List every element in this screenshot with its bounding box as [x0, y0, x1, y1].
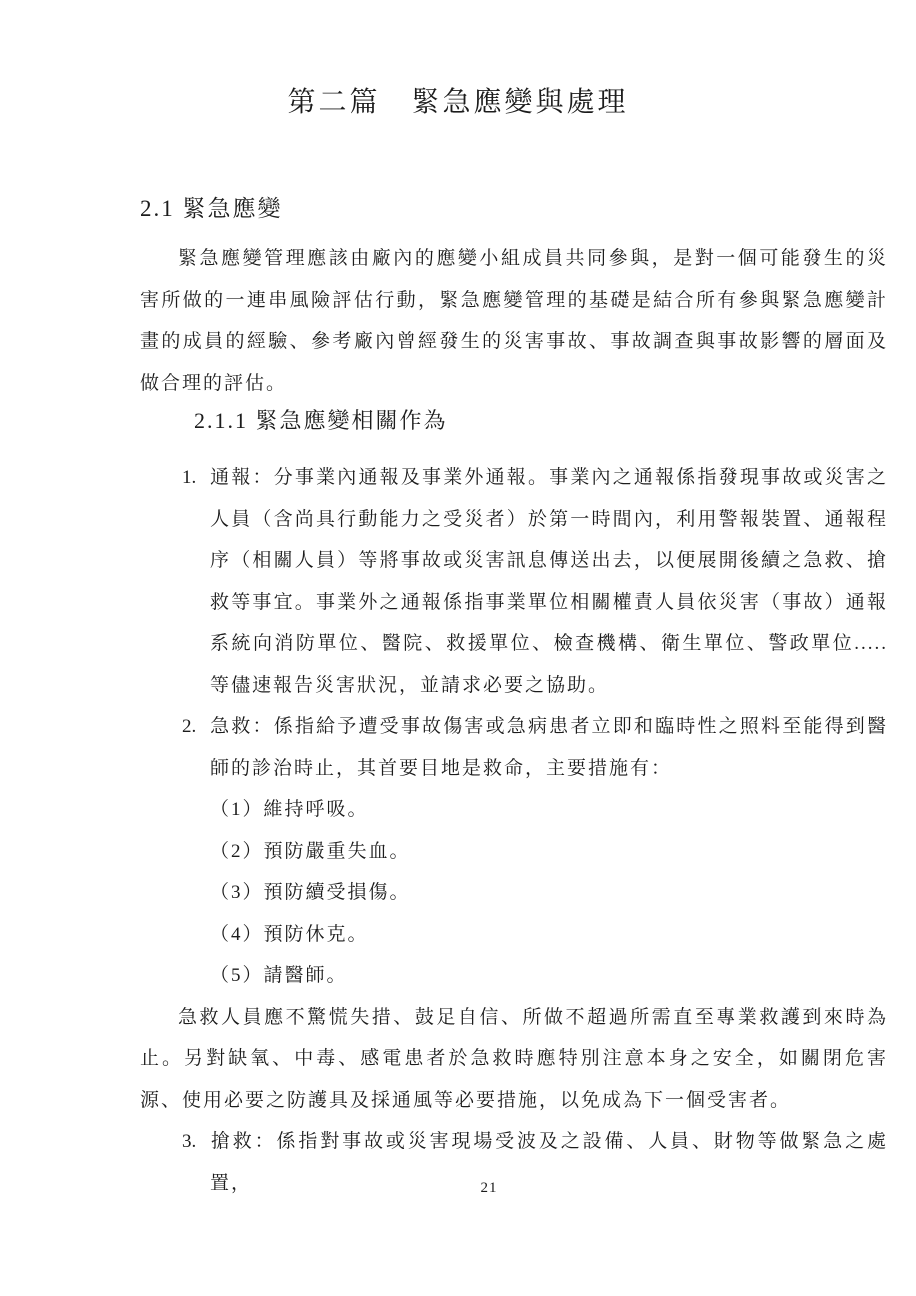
- first-aid-measure-5: （5）請醫師。: [140, 955, 888, 997]
- list-item-1-marker: 1.: [182, 457, 210, 499]
- section-heading-2-1-1: 2.1.1 緊急應變相關作為: [194, 404, 448, 435]
- list-item-2-first-aid: 2.急救：係指給予遭受事故傷害或急病患者立即和臨時性之照料至能得到醫師的診治時止…: [140, 706, 888, 789]
- page-number: 21: [0, 1180, 916, 1197]
- document-page: 第二篇 緊急應變與處理 2.1 緊急應變 緊急應變管理應該由廠內的應變小組成員共…: [0, 0, 916, 1296]
- first-aid-note-paragraph: 急救人員應不驚慌失措、鼓足自信、所做不超過所需直至專業救護到來時為止。另對缺氧、…: [140, 997, 888, 1122]
- document-title: 第二篇 緊急應變與處理: [0, 80, 916, 120]
- list-item-2-marker: 2.: [182, 706, 210, 748]
- first-aid-measure-3: （3）預防續受損傷。: [140, 872, 888, 914]
- list-item-1-notification: 1.通報：分事業內通報及事業外通報。事業內之通報係指發現事故或災害之人員（含尚具…: [140, 457, 888, 706]
- first-aid-measure-4: （4）預防休克。: [140, 914, 888, 956]
- list-item-2-text: 急救：係指給予遭受事故傷害或急病患者立即和臨時性之照料至能得到醫師的診治時止，其…: [210, 716, 888, 779]
- section-heading-2-1: 2.1 緊急應變: [140, 190, 283, 223]
- list-item-3-marker: 3.: [182, 1121, 210, 1163]
- section-2-1-intro-paragraph: 緊急應變管理應該由廠內的應變小組成員共同參與，是對一個可能發生的災害所做的一連串…: [140, 238, 888, 404]
- list-item-1-text: 通報：分事業內通報及事業外通報。事業內之通報係指發現事故或災害之人員（含尚具行動…: [210, 467, 888, 696]
- first-aid-measure-1: （1）維持呼吸。: [140, 789, 888, 831]
- first-aid-measure-2: （2）預防嚴重失血。: [140, 831, 888, 873]
- section-2-1-1-body: 1.通報：分事業內通報及事業外通報。事業內之通報係指發現事故或災害之人員（含尚具…: [140, 457, 888, 1204]
